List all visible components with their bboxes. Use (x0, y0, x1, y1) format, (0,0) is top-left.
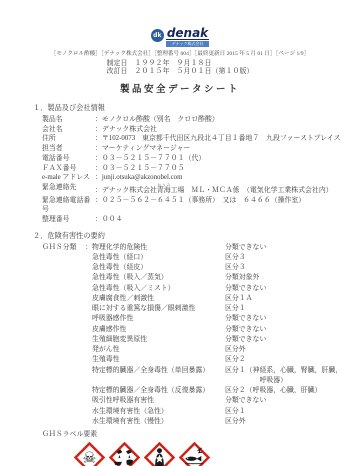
info-value: ：０３－５２１５－７７０１（代） (95, 154, 352, 164)
info-row-fax: ＦＡＸ番号 ：０３－５２１５－７７０５ (42, 164, 352, 174)
ghs-row: 水生環境有害性（急性） 区分１ (42, 407, 352, 417)
ghs-row: 生殖細胞変異原性 分類できない (42, 335, 352, 345)
hazard-name: 呼吸器感作性 (92, 314, 225, 324)
ghs-row: ＧＨＳ分類： 物理化学的危険性 分類できない (42, 243, 352, 253)
omi-ruby: 青海おうみ (157, 187, 171, 194)
info-row-phone: 電話番号 ：０３－５２１５－７７０１（代） (42, 154, 352, 164)
hazard-name: 急性毒性（経皮） (92, 263, 225, 273)
denak-logo: dk denak デナック株式会社 (0, 0, 360, 47)
ghs-row: 急性毒性（吸入／蒸気） 分類対象外 (42, 273, 352, 283)
hazard-name: 吸引性呼吸器有害性 (92, 396, 225, 406)
ghs-row: 発がん性 区分外 (42, 345, 352, 355)
corrosion-pictogram-icon (109, 442, 140, 466)
hazard-classification: 分類できない (225, 314, 352, 324)
info-value: ：デナック株式会社 (95, 125, 352, 135)
revised-date-line: 改訂日 ２０１５年 ５月０１日（第１０版） (107, 67, 254, 75)
ghs-pictogram-row: ☠ (74, 442, 352, 466)
omi-ruby-base: 青海 (157, 187, 171, 194)
info-label: 整理番号 (42, 215, 95, 225)
section-product-company-info: １．製品及び会社情報 製品名 ：モノクロル酢酸（別名 クロロ酢酸） 会社名 ：デ… (33, 104, 352, 225)
hazard-classification: 分類できない (225, 335, 352, 345)
ghs-classification-label: ＧＨＳ分類 (42, 243, 76, 253)
info-label: 会社名 (42, 125, 95, 135)
info-row-product-name: 製品名 ：モノクロル酢酸（別名 クロロ酢酸） (42, 115, 352, 125)
svg-text:☠: ☠ (83, 449, 97, 466)
hazard-classification: 区分外 (225, 417, 352, 427)
company-info-table: 製品名 ：モノクロル酢酸（別名 クロロ酢酸） 会社名 ：デナック株式会社 住所 … (33, 115, 352, 225)
info-value: ：デナック株式会社青海おうみ工場 ＭＬ・ＭＣＡ係 （電気化学工業株式会社内） (95, 183, 352, 196)
section-hazard-summary: ２．危険有害性の要約 ＧＨＳ分類： 物理化学的危険性 分類できない 急性毒性（経… (33, 232, 352, 466)
hazard-classification: 分類できない (225, 243, 352, 253)
ghs-row: 皮膚腐食性／刺激性 区分１Ａ (42, 294, 352, 304)
info-label: 電話番号 (42, 154, 95, 164)
hazard-classification: 分類できない (225, 325, 352, 335)
hazard-name: 生殖毒性 (92, 355, 225, 365)
hazard-name: 特定標的臓器／全身毒性（反復暴露） (92, 386, 225, 396)
hazard-classification: 区分１（神経系，心臓，腎臓，肝臓， 呼吸器） (225, 366, 352, 387)
info-label: ＦＡＸ番号 (42, 164, 95, 174)
info-value: ：モノクロル酢酸（別名 クロロ酢酸） (95, 115, 352, 125)
info-row-contact-person: 担当者 ：マーケティングマネージャー (42, 144, 352, 154)
established-date-line: 制定日 １９９２年 ９月１８日 (107, 59, 254, 67)
denak-logo-banner: デナック株式会社 (166, 41, 209, 47)
skull-crossbones-pictogram-icon: ☠ (74, 442, 105, 466)
info-value: ：０３－５２１５－７７０５ (95, 164, 352, 174)
info-label: e-male アドレス (42, 173, 95, 183)
info-value: ：〒102-0073 東京都千代田区九段北４丁目１番地７ 九段ファーストプレイス (95, 134, 352, 144)
hazard-classification: 区分１ (225, 407, 352, 417)
hazard-name: 急性毒性（吸入／ミスト） (92, 284, 225, 294)
hazard-name: 皮膚腐食性／刺激性 (92, 294, 225, 304)
info-row-company-name: 会社名 ：デナック株式会社 (42, 125, 352, 135)
section1-heading: １．製品及び会社情報 (33, 104, 352, 113)
ghs-row: 呼吸器感作性 分類できない (42, 314, 352, 324)
info-value: ：マーケティングマネージャー (95, 144, 352, 154)
info-row-email: e-male アドレス ：junji.otsuka@akzonobel.com (42, 173, 352, 183)
ghs-row: 水生環境有害性（慢性） 区分外 (42, 417, 352, 427)
hazard-name: 特定標的臓器／全身毒性（単回暴露） (92, 366, 225, 387)
doc-meta-line: ［モノクロル酢酸］［デナック株式会社］［整理番号 004］［最終更新日 2015… (0, 51, 360, 58)
ghs-row: 急性毒性（経口） 区分３ (42, 253, 352, 263)
ghs-row: 急性毒性（経皮） 区分３ (42, 263, 352, 273)
info-row-emergency-contact: 緊急連絡先 ：デナック株式会社青海おうみ工場 ＭＬ・ＭＣＡ係 （電気化学工業株式… (42, 183, 352, 196)
hazard-classification: 区分１ (225, 304, 352, 314)
info-label: 担当者 (42, 144, 95, 154)
ghs-row: 生殖毒性 区分２ (42, 355, 352, 365)
info-row-emergency-phone: 緊急連絡電話番号 ：０２５－５６２－６４５１（事務所） 又は ６４６６（操作室） (42, 196, 352, 215)
hazard-classification: 分類できない (225, 396, 352, 406)
emergency-contact-suffix: 工場 ＭＬ・ＭＣＡ係 （電気化学工業株式会社内） (171, 187, 333, 194)
info-value: ：００４ (95, 215, 352, 225)
hazard-name: 急性毒性（吸入／蒸気） (92, 273, 225, 283)
hazard-name: 物理化学的危険性 (92, 243, 225, 253)
ghs-row: 眼に対する重篤な損傷／眼刺激性 区分１ (42, 304, 352, 314)
hazard-name: 生殖細胞変異原性 (92, 335, 225, 345)
info-label: 緊急連絡電話番号 (42, 196, 95, 215)
hazard-name: 水生環境有害性（慢性） (92, 417, 225, 427)
info-label: 緊急連絡先 (42, 183, 95, 196)
info-row-address: 住所 ：〒102-0073 東京都千代田区九段北４丁目１番地７ 九段ファーストプ… (42, 134, 352, 144)
hazard-classification: 区分外 (225, 345, 352, 355)
section2-heading: ２．危険有害性の要約 (33, 232, 352, 241)
hazard-classification: 区分２ (225, 355, 352, 365)
hazard-name: 発がん性 (92, 345, 225, 355)
doc-dates: 制定日 １９９２年 ９月１８日 改訂日 ２０１５年 ５月０１日（第１０版） (0, 59, 360, 78)
ghs-row: 急性毒性（吸入／ミスト） 分類できない (42, 284, 352, 294)
hazard-name: 皮膚感作性 (92, 325, 225, 335)
info-row-reference-number: 整理番号 ：００４ (42, 215, 352, 225)
ghs-row: 皮膚感作性 分類できない (42, 325, 352, 335)
info-value: ：０２５－５６２－６４５１（事務所） 又は ６４６６（操作室） (95, 196, 352, 215)
sds-document-page: dk denak デナック株式会社 ［モノクロル酢酸］［デナック株式会社］［整理… (0, 0, 360, 466)
hazard-classification: 分類対象外 (225, 273, 352, 283)
hazard-name: 眼に対する重篤な損傷／眼刺激性 (92, 304, 225, 314)
ghs-colon: ： (85, 243, 92, 253)
hazard-classification: 分類できない (225, 284, 352, 294)
ghs-classification-table: ＧＨＳ分類： 物理化学的危険性 分類できない 急性毒性（経口） 区分３ 急性毒性… (33, 243, 352, 428)
environment-pictogram-icon (179, 442, 210, 466)
info-label: 住所 (42, 134, 95, 144)
hazard-classification: 区分２（呼吸器，心臓，肝臓） (225, 386, 352, 396)
document-title: 製品安全データシート (0, 84, 360, 97)
ghs-row: 特定標的臓器／全身毒性（単回暴露） 区分１（神経系，心臓，腎臓，肝臓， 呼吸器） (42, 366, 352, 387)
denak-logo-wordmark: denak (166, 27, 209, 40)
denak-logo-mark-icon: dk (151, 29, 164, 42)
hazard-classification: 区分１Ａ (225, 294, 352, 304)
ghs-label-elements-label: ＧＨＳラベル要素 (42, 430, 352, 439)
ghs-row: 特定標的臓器／全身毒性（反復暴露） 区分２（呼吸器，心臓，肝臓） (42, 386, 352, 396)
info-label: 製品名 (42, 115, 95, 125)
hazard-classification: 区分３ (225, 263, 352, 273)
emergency-contact-prefix: ：デナック株式会社 (95, 187, 157, 194)
hazard-name: 水生環境有害性（急性） (92, 407, 225, 417)
health-hazard-pictogram-icon (144, 442, 175, 466)
hazard-classification: 区分３ (225, 253, 352, 263)
hazard-name: 急性毒性（経口） (92, 253, 225, 263)
ghs-row: 吸引性呼吸器有害性 分類できない (42, 396, 352, 406)
info-value-email: ：junji.otsuka@akzonobel.com (95, 173, 352, 183)
omi-ruby-text: おうみ (157, 183, 171, 187)
